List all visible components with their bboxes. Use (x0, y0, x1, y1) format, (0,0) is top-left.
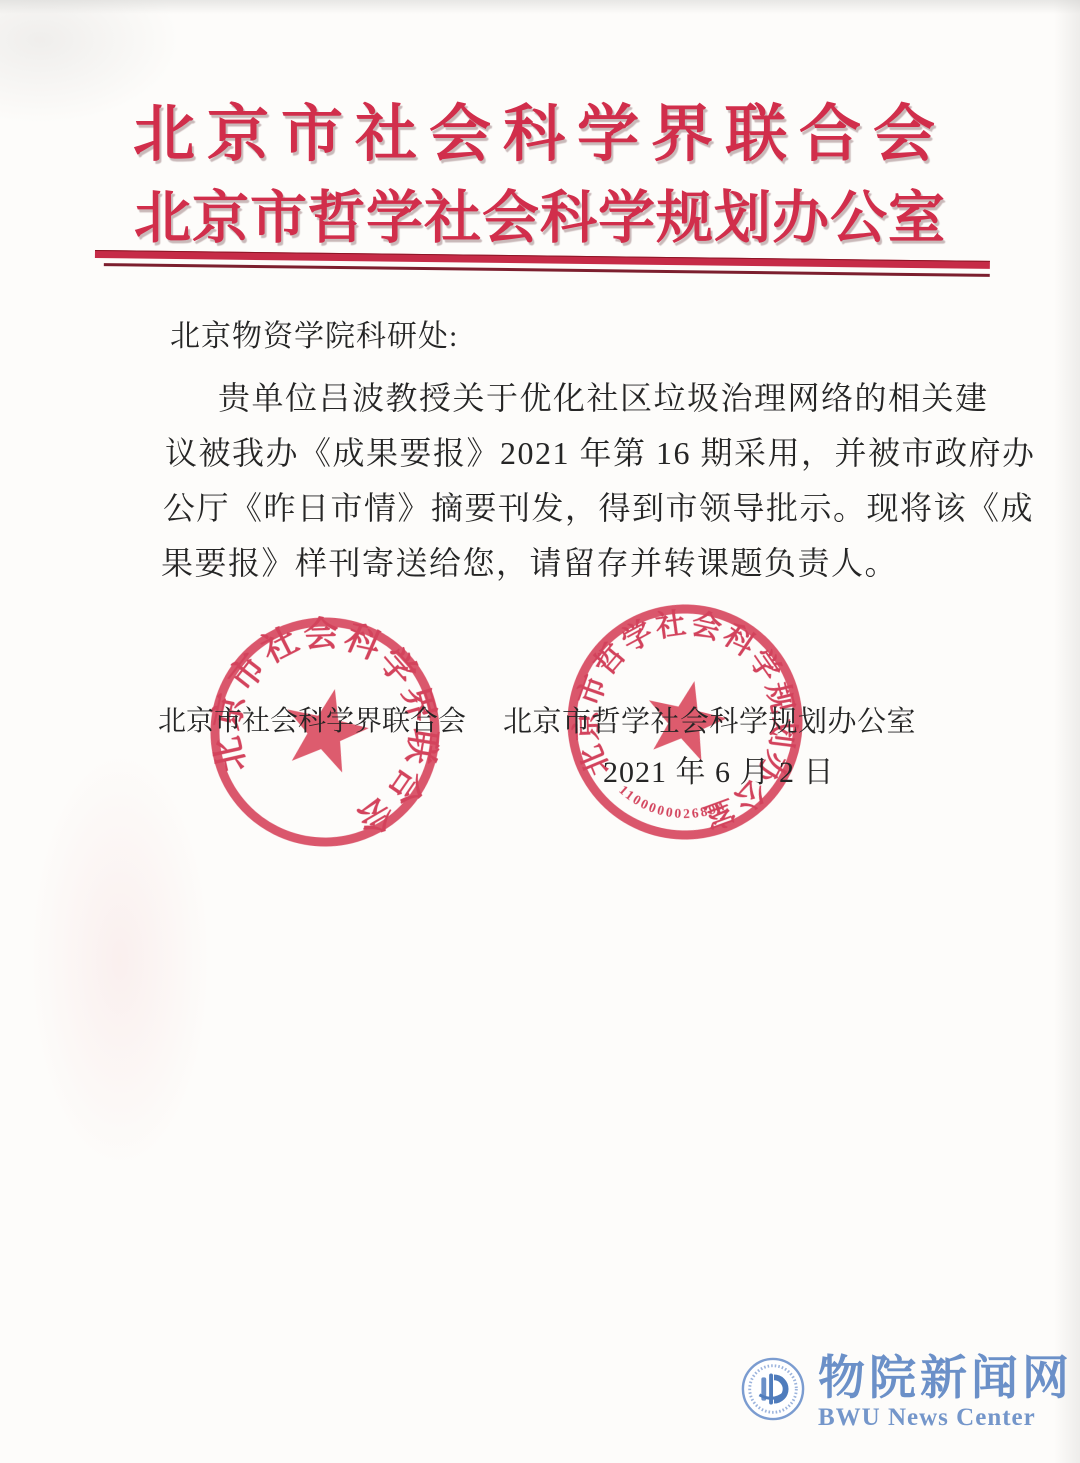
letterhead-org-line-1: 北京市社会科学界联合会 (0, 84, 1080, 173)
date-line: 2021 年 6 月 2 日 (603, 747, 835, 791)
letterhead-double-rule (95, 250, 990, 277)
body-line: 公厅《昨日市情》摘要刊发，得到市领导批示。现将该《成 (163, 483, 1034, 529)
watermark: 物院新闻网 BWU News Center (740, 1354, 1073, 1432)
watermark-site-name: 物院新闻网 (818, 1354, 1073, 1401)
scanned-letter-page: 北京市社会科学界联合会 北京市哲学社会科学规划办公室 北京物资学院科研处: 贵单… (0, 0, 1080, 1463)
watermark-text-block: 物院新闻网 BWU News Center (818, 1354, 1073, 1432)
body-line: 果要报》样刊寄送给您，请留存并转课题负责人。 (161, 538, 898, 584)
signature-org-2: 北京市哲学社会科学规划办公室 (503, 699, 916, 740)
watermark-site-name-en: BWU News Center (818, 1404, 1073, 1432)
body-line: 贵单位吕波教授关于优化社区垃圾治理网络的相关建 (218, 373, 989, 419)
body-line: 议被我办《成果要报》2021 年第 16 期采用，并被市政府办 (165, 428, 1036, 474)
salutation: 北京物资学院科研处: (170, 311, 458, 355)
bwu-logo-icon (740, 1356, 806, 1422)
letterhead-org-line-2: 北京市哲学社会科学规划办公室 (0, 172, 1080, 254)
signature-org-1: 北京市社会科学界联合会 (158, 699, 466, 739)
